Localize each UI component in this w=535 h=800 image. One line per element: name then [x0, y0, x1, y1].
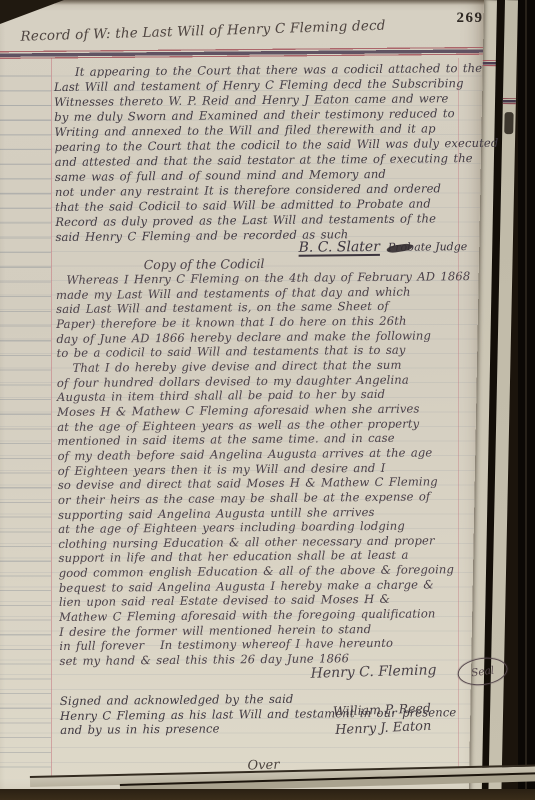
codicil-paragraph: Whereas I Henry C Fleming on the 4th day… — [56, 269, 468, 669]
witness-signature: Henry J. Eaton — [335, 719, 432, 738]
probate-judge-signature: B. C. Slater Probate Judge — [298, 238, 473, 256]
manuscript-layer: Record of W: the Last Will of Henry C Fl… — [0, 0, 535, 800]
codicil-heading: Copy of the Codicil — [144, 256, 265, 272]
over-label: Over — [208, 757, 318, 775]
court-order-paragraph: It appearing to the Court that there was… — [54, 61, 464, 245]
seal-label: Seal — [470, 664, 494, 679]
record-book-photo: 269 Record of W: the Last Will of Henry … — [0, 0, 535, 800]
judge-name: B. C. Slater — [298, 239, 379, 256]
record-header-title: Record of W: the Last Will of Henry C Fl… — [20, 16, 440, 45]
testator-signature: Henry C. Fleming — [310, 662, 436, 681]
